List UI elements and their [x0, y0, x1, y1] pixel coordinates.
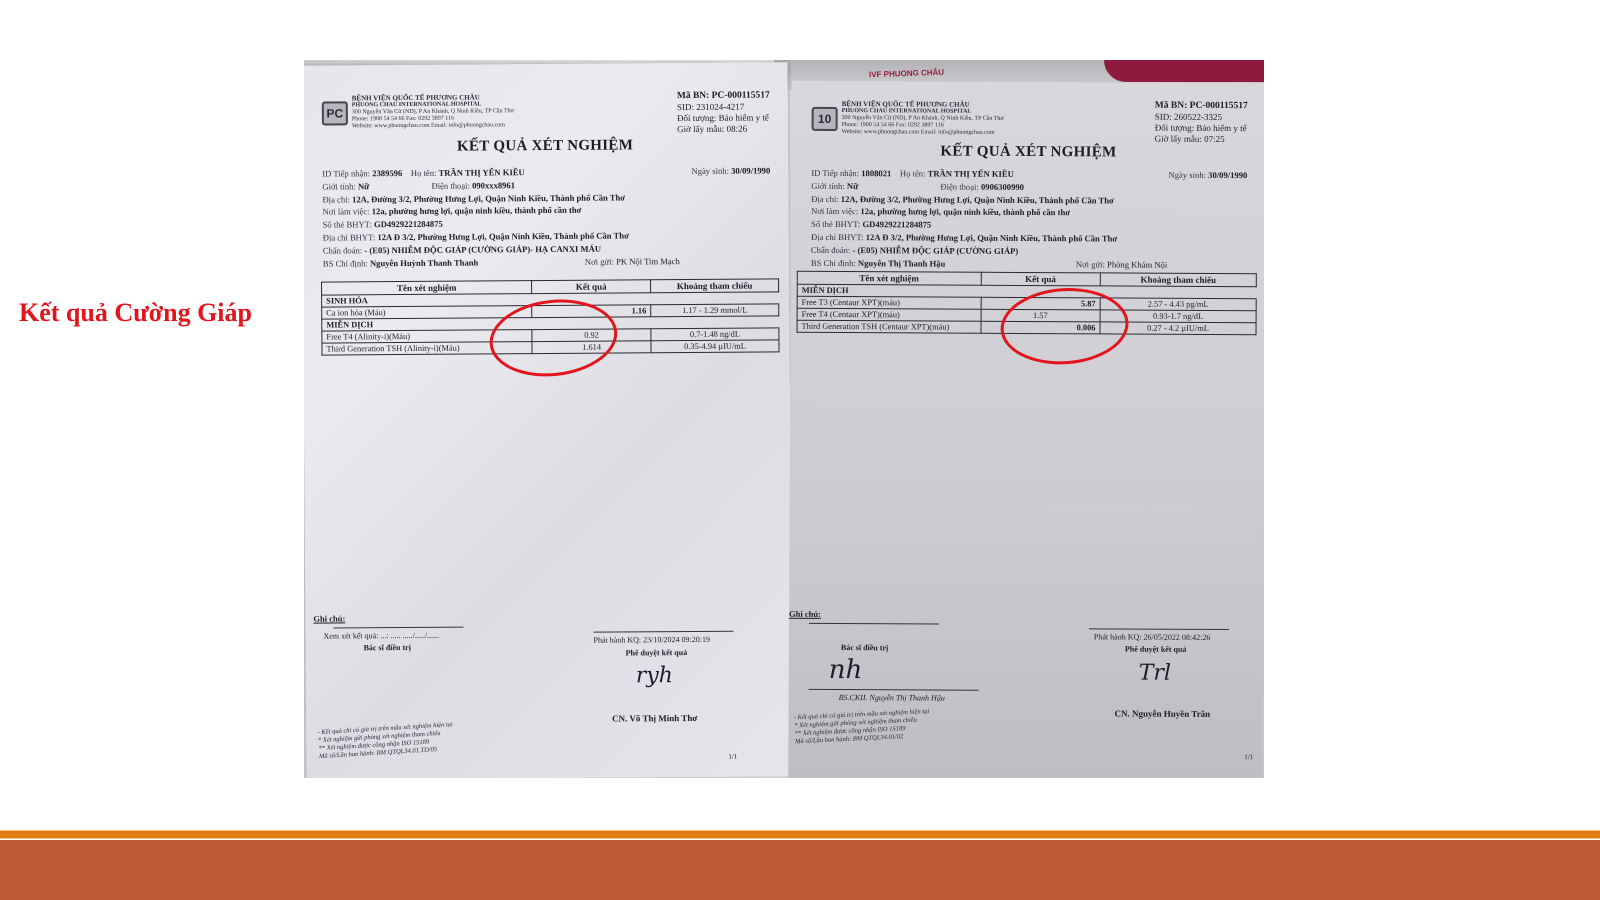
reference-range: 0.7-1.48 ng/dL [651, 328, 779, 341]
patient-code: Mã BN: PC-000115517 [677, 90, 770, 102]
column-header: Khoảng tham chiếu [1100, 273, 1256, 287]
label: Ngày sinh: [1169, 170, 1207, 180]
release-timestamp: Phát hành KQ: 23/10/2024 09:20:19 [593, 635, 710, 645]
report-title: KẾT QUẢ XÉT NGHIỆM [304, 136, 788, 156]
column-header: Kết quả [532, 280, 651, 294]
column-header: Tên xét nghiệm [797, 271, 981, 285]
patient-info: ID Tiếp nhận: 2389596 Họ tên: TRẦN THỊ Y… [322, 164, 779, 270]
lab-report-2024: PC BỆNH VIỆN QUỐC TẾ PHƯƠNG CHÂU PHUONG … [304, 62, 792, 778]
insurance-address: 12A Đ 3/2, Phường Hưng Lợi, Quận Ninh Ki… [866, 232, 1117, 243]
divider [809, 689, 979, 691]
hospital-web: Website: www.phuongchau.com Email: info@… [842, 129, 1004, 137]
sample-time: Giờ lấy mẫu: 07:25 [1155, 134, 1248, 145]
reception-id: 1808021 [861, 168, 891, 178]
label: Chẩn đoán: [323, 245, 362, 255]
lab-report-2022: 10 BỆNH VIỆN QUỐC TẾ PHƯƠNG CHÂU PHUONG … [788, 81, 1264, 778]
fine-print: - Kết quả chỉ có giá trị trên mẫu xét ng… [794, 708, 931, 746]
test-result: 0.006 [981, 321, 1100, 334]
label: Ngày sinh: [691, 166, 729, 176]
patient-address: 12A, Đường 3/2, Phường Hưng Lợi, Quận Ni… [841, 194, 1114, 205]
approve-label: Phê duyệt kết quả [626, 648, 688, 657]
patient-phone: 090xxx8961 [472, 180, 515, 190]
column-header: Khoảng tham chiếu [651, 279, 779, 293]
patient-dob: 30/09/1990 [731, 165, 770, 175]
label: Họ tên: [900, 168, 926, 178]
patient-code: Mã BN: PC-000115517 [1155, 101, 1248, 112]
table-row: Third Generation TSH (Centaur XPT)(máu)0… [797, 320, 1256, 334]
reference-range: 0.35-4.94 µIU/mL [651, 340, 779, 353]
results-table: Tên xét nghiệm Kết quả Khoảng tham chiếu… [321, 278, 780, 355]
label: Nơi làm việc: [811, 206, 858, 216]
patient-workplace: 12a, phường hưng lợi, quận ninh kiều, th… [372, 205, 582, 216]
label: Nơi gửi: [1076, 259, 1105, 269]
treating-doctor-label: Bác sĩ điều trị [841, 643, 888, 652]
patient-phone: 0906300990 [981, 182, 1024, 192]
test-result: 1.57 [981, 309, 1100, 322]
insurance-address: 12A Đ 3/2, Phường Hưng Lợi, Quận Ninh Ki… [377, 230, 628, 242]
test-result: 1.16 [532, 305, 651, 318]
insurance-number: GD4929221284875 [374, 219, 443, 229]
divider [1089, 628, 1229, 630]
divider [333, 627, 463, 629]
approve-label: Phê duyệt kết quả [1125, 645, 1187, 654]
label: Nơi làm việc: [323, 207, 370, 217]
sample-id: SID: 260522-3325 [1155, 112, 1248, 123]
reference-range: 0.93-1.7 ng/dL [1100, 310, 1256, 323]
hospital-web: Website: www.phuongchau.com Email: info@… [352, 122, 514, 130]
label: Địa chỉ: [322, 194, 350, 204]
column-header: Kết quả [981, 272, 1100, 286]
release-timestamp: Phát hành KQ: 26/05/2022 08:42:26 [1094, 632, 1210, 642]
label: Số thẻ BHYT: [811, 219, 860, 229]
label: Nơi gửi: [585, 256, 614, 266]
label: Số thẻ BHYT: [323, 219, 372, 229]
report-title: KẾT QUẢ XÉT NGHIỆM [791, 143, 1264, 162]
hospital-info: BỆNH VIỆN QUỐC TẾ PHƯƠNG CHÂU PHUONG CHA… [352, 94, 514, 130]
slide-title: Kết quả Cường Giáp [19, 298, 252, 328]
report-meta: Mã BN: PC-000115517 SID: 260522-3325 Đối… [1155, 101, 1248, 145]
divider [809, 623, 939, 625]
hospital-logo-icon: PC [322, 101, 348, 125]
footer-accent-stripe [0, 830, 1600, 839]
label: ID Tiếp nhận: [811, 168, 859, 178]
divider [593, 631, 733, 633]
test-name: Third Generation TSH (Alinity-i)(Máu) [322, 342, 532, 355]
insurance-type: Đối tượng: Bảo hiểm y tế [1155, 123, 1248, 134]
label: ID Tiếp nhận: [322, 168, 370, 178]
photo-background-object [1104, 60, 1264, 82]
label: Địa chỉ: [811, 193, 839, 203]
insurance-number: GD4929221284875 [862, 219, 931, 229]
test-result: 5.87 [981, 297, 1100, 310]
notes-label: Ghi chú: [313, 613, 345, 623]
reception-id: 2389596 [372, 168, 402, 178]
label: BS Chỉ định: [323, 258, 368, 268]
label: BS Chỉ định: [811, 257, 856, 267]
patient-sex: Nữ [847, 181, 858, 191]
label: Địa chỉ BHYT: [811, 232, 864, 242]
test-name: Free T4 (Centaur XPT)(máu) [797, 308, 981, 321]
test-result: 1.614 [532, 341, 651, 354]
approver-signature: ryh [636, 663, 673, 688]
approver-name: CN. Nguyễn Huyền Trân [1115, 708, 1211, 719]
page-number: 1/1 [728, 753, 737, 761]
sample-id: SID: 231024-4217 [677, 101, 770, 113]
test-name: Free T3 (Centaur XPT)(máu) [797, 296, 981, 309]
report-meta: Mã BN: PC-000115517 SID: 231024-4217 Đối… [677, 90, 770, 135]
fine-print: - Kết quả chỉ có giá trị trên mẫu xét ng… [317, 721, 454, 761]
patient-name: TRẦN THỊ YẾN KIỀU [928, 168, 1014, 178]
insurance-type: Đối tượng: Bảo hiểm y tế [677, 112, 770, 124]
diagnosis: - (E05) NHIỄM ĐỘC GIÁP (CƯỜNG GIÁP)- HẠ … [364, 243, 601, 255]
label: Địa chỉ BHYT: [323, 232, 376, 242]
hospital-info: BỆNH VIỆN QUỐC TẾ PHƯƠNG CHÂU PHUONG CHA… [842, 101, 1004, 137]
approver-name: CN. Võ Thị Minh Thơ [612, 713, 697, 724]
patient-sex: Nữ [358, 181, 369, 191]
patient-dob: 30/09/1990 [1208, 170, 1247, 180]
review-line: Xem xét kết quả: ...: ..... ...../...../… [323, 631, 439, 641]
approver-signature: Trl [1139, 661, 1171, 686]
patient-address: 12A, Đường 3/2, Phường Hưng Lợi, Quận Ni… [352, 192, 625, 204]
treating-doctor-label: Bác sĩ điều trị [364, 643, 411, 652]
ordering-doctor: Nguyễn Thị Thanh Hậu [858, 258, 945, 268]
label: Điện thoại: [940, 181, 978, 191]
patient-workplace: 12a, phường hưng lợi, quận ninh kiều, th… [860, 207, 1070, 218]
label: Họ tên: [411, 168, 437, 178]
patient-info: ID Tiếp nhận: 1808021 Họ tên: TRẦN THỊ Y… [811, 167, 1256, 272]
diagnosis: - (E05) NHIỄM ĐỘC GIÁP (CƯỜNG GIÁP) [852, 245, 1018, 256]
test-name: Third Generation TSH (Centaur XPT)(máu) [797, 320, 981, 333]
sample-time: Giờ lấy mẫu: 08:26 [677, 123, 770, 135]
doctor-signature: nh [829, 655, 863, 685]
test-result: 0.92 [532, 329, 651, 342]
sending-department: Phòng Khám Nội [1107, 259, 1167, 269]
reference-range: 0.27 - 4.2 µIU/mL [1100, 322, 1256, 335]
label: Giới tính: [811, 181, 844, 191]
treating-doctor-name: BS.CKII. Nguyễn Thị Thanh Hậu [839, 693, 945, 703]
ordering-doctor: Nguyễn Huỳnh Thanh Thanh [370, 257, 478, 268]
results-table: Tên xét nghiệm Kết quả Khoảng tham chiếu… [797, 271, 1257, 335]
reference-range: 2.57 - 4.43 pg/mL [1100, 298, 1256, 311]
label: Chẩn đoán: [811, 245, 850, 255]
notes-label: Ghi chú: [789, 609, 821, 619]
footer-band [0, 840, 1600, 900]
hospital-logo-icon: 10 [812, 107, 838, 131]
sending-department: PK Nội Tim Mạch [616, 256, 680, 266]
label: Điện thoại: [431, 180, 470, 190]
label: Giới tính: [322, 181, 356, 191]
patient-name: TRẦN THỊ YẾN KIỀU [439, 167, 525, 178]
reference-range: 1.17 - 1.29 mmol/L [651, 304, 779, 317]
page-number: 1/1 [1244, 753, 1253, 761]
table-row: Third Generation TSH (Alinity-i)(Máu)1.6… [322, 340, 779, 355]
lab-results-photo: IVF PHUONG CHÂU PC BỆNH VIỆN QUỐC TẾ PHƯ… [304, 60, 1264, 778]
report-header: PC BỆNH VIỆN QUỐC TẾ PHƯƠNG CHÂU PHUONG … [322, 90, 776, 143]
